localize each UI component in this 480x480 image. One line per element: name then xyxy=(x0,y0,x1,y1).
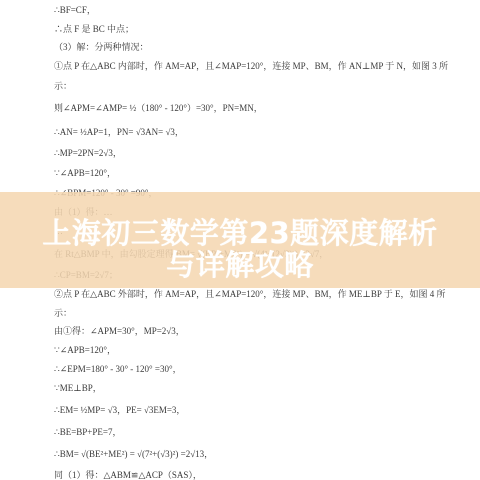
doc-line: ①点 P 在△ABC 内部时，作 AM=AP，且∠MAP=120°，连接 MP、… xyxy=(54,61,448,72)
doc-line: ∴点 F 是 BC 中点； xyxy=(54,24,134,35)
doc-line: ∴∠EPM=180° - 30° - 120° =30°， xyxy=(54,364,182,375)
doc-line: （3）解：分两种情况： xyxy=(54,42,149,53)
doc-line: 示： xyxy=(54,308,72,319)
doc-line: ②点 P 在△ABC 外部时，作 AM=AP，且∠MAP=120°，连接 MP、… xyxy=(54,289,446,300)
doc-line: ∴AN= ½AP=1，PN= √3AN= √3， xyxy=(54,127,184,138)
doc-line: 示： xyxy=(54,81,72,92)
doc-line: ∵∠APB=120°， xyxy=(54,168,116,179)
doc-line: 同（1）得：△ABM≌△ACP（SAS）， xyxy=(54,470,202,480)
doc-line: 由①得：∠APM=30°，MP=2√3， xyxy=(54,326,185,337)
doc-line: 则∠APM=∠AMP= ½（180° - 120°）=30°，PN=MN， xyxy=(54,103,263,114)
doc-line: ∴BM= √(BE²+ME²) = √(7²+(√3)²) =2√13， xyxy=(54,449,213,460)
doc-line: ∴BE=BP+PE=7， xyxy=(54,427,121,438)
banner-title-line2: 与详解攻略 xyxy=(0,243,480,284)
doc-line: ∴BF=CF， xyxy=(54,5,96,16)
doc-line: ∵∠APB=120°， xyxy=(54,345,116,356)
doc-line: ∴MP=2PN=2√3， xyxy=(54,148,122,159)
doc-line: ∵ME⊥BP， xyxy=(54,383,102,394)
doc-line: ∴EM= ½MP= √3，PE= √3EM=3， xyxy=(54,405,185,416)
